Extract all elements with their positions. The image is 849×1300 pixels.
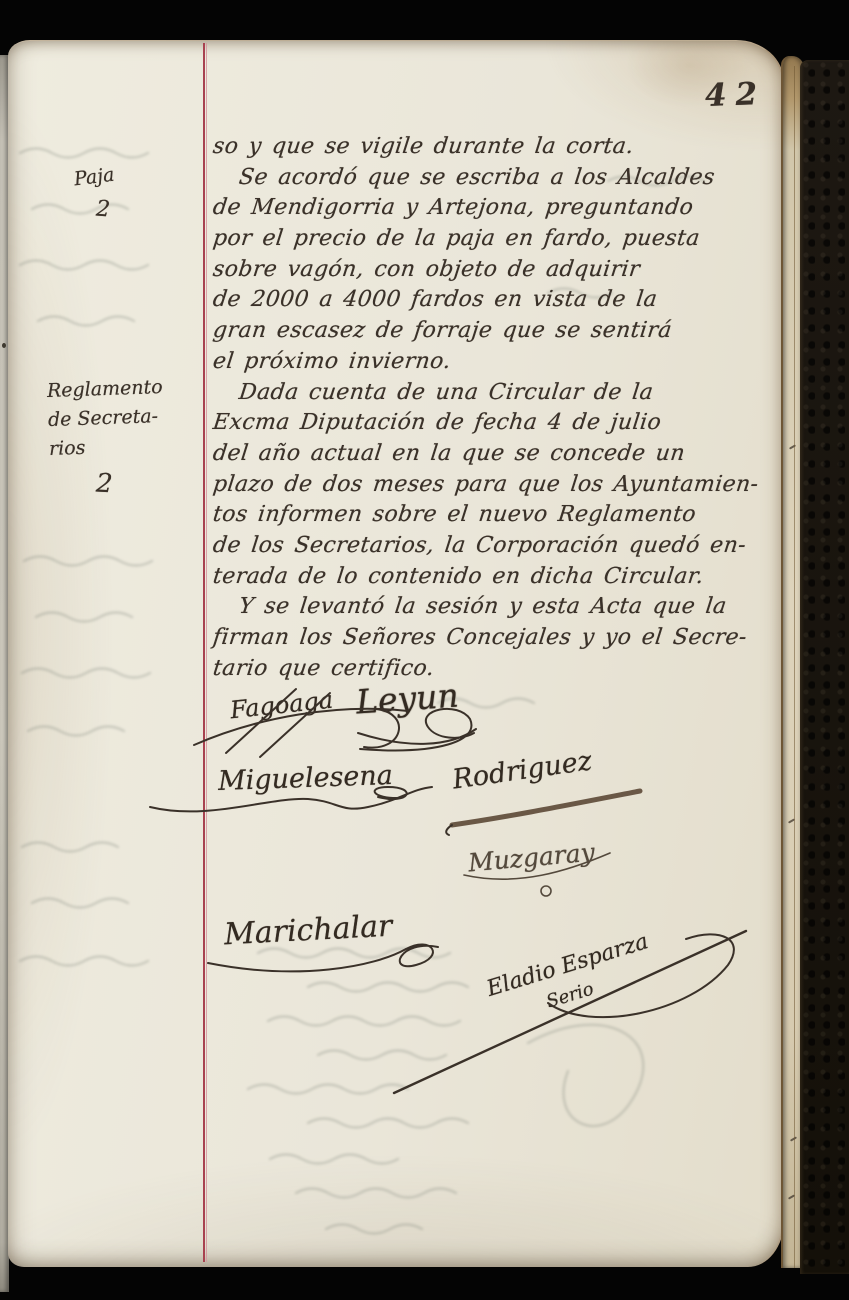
photographed-book-scene: 42: [0, 0, 849, 1300]
rubric-esparza-long-stroke: [394, 931, 746, 1093]
pen-mark: [790, 1136, 797, 1141]
pen-mark: [788, 818, 795, 823]
rubric-marichalar: [208, 949, 406, 971]
rubric-muzgaray: [541, 886, 551, 896]
rubric-rodriguez: [446, 825, 452, 835]
rubric-marichalar: [400, 944, 438, 966]
pen-mark: [789, 444, 796, 449]
rubric-rodriguez: [452, 791, 640, 825]
rubric-esparza-loop: [548, 934, 734, 1017]
rubric-fagoaga: [194, 709, 408, 745]
book-cover: [800, 60, 849, 1274]
pen-mark: [788, 1194, 795, 1199]
manuscript-page: 42: [8, 40, 784, 1267]
rubric-miguelesena: [375, 787, 407, 799]
rubric-fagoaga: [226, 689, 296, 753]
rubric-muzgaray: [464, 853, 610, 879]
signature-flourishes: [8, 41, 782, 1267]
rubric-fagoaga: [260, 693, 330, 757]
